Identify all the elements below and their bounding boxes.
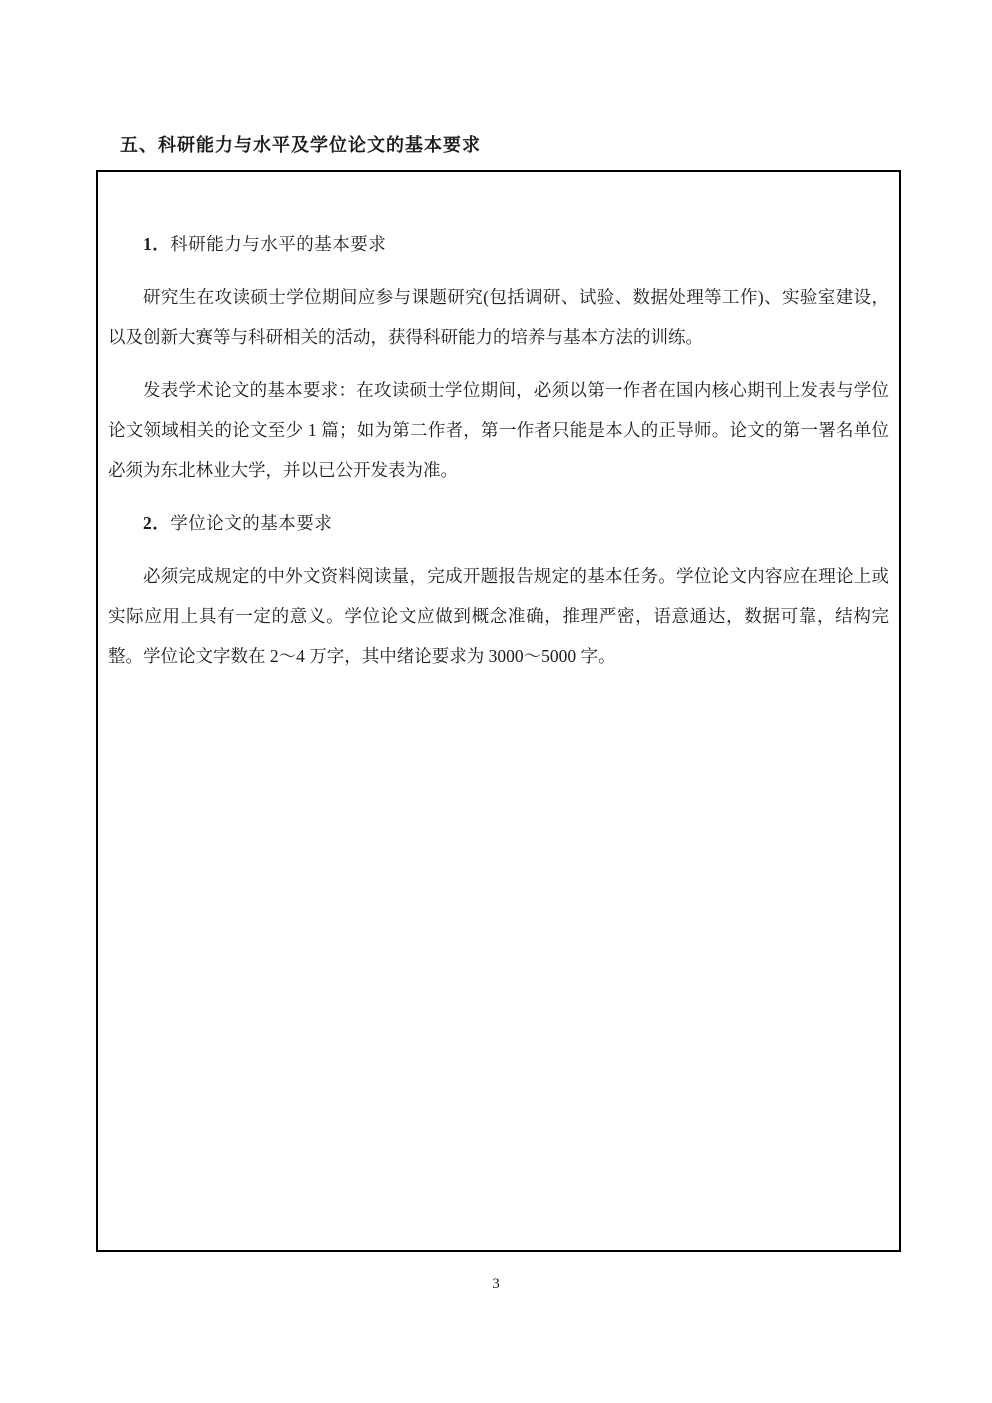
section-1-number: 1 [143, 234, 152, 254]
content-border-box: 1．科研能力与水平的基本要求 研究生在攻读硕士学位期间应参与课题研究(包括调研、… [96, 170, 901, 1252]
content-body: 1．科研能力与水平的基本要求 研究生在攻读硕士学位期间应参与课题研究(包括调研、… [98, 172, 899, 676]
section-2-paragraph-1: 必须完成规定的中外文资料阅读量，完成开题报告规定的基本任务。学位论文内容应在理论… [108, 556, 889, 676]
page-title: 五、科研能力与水平及学位论文的基本要求 [120, 131, 481, 157]
section-2-heading-text: 学位论文的基本要求 [170, 513, 332, 533]
section-1-heading: 1．科研能力与水平的基本要求 [108, 224, 889, 264]
section-2-number: 2 [143, 513, 152, 533]
section-2-heading: 2．学位论文的基本要求 [108, 503, 889, 543]
section-1-paragraph-2: 发表学术论文的基本要求：在攻读硕士学位期间，必须以第一作者在国内核心期刊上发表与… [108, 370, 889, 490]
section-1-heading-text: 科研能力与水平的基本要求 [170, 234, 386, 254]
section-2-separator: ． [152, 513, 170, 533]
page-number: 3 [0, 1276, 992, 1293]
section-1-separator: ． [152, 234, 170, 254]
section-1-paragraph-1: 研究生在攻读硕士学位期间应参与课题研究(包括调研、试验、数据处理等工作)、实验室… [108, 277, 889, 357]
